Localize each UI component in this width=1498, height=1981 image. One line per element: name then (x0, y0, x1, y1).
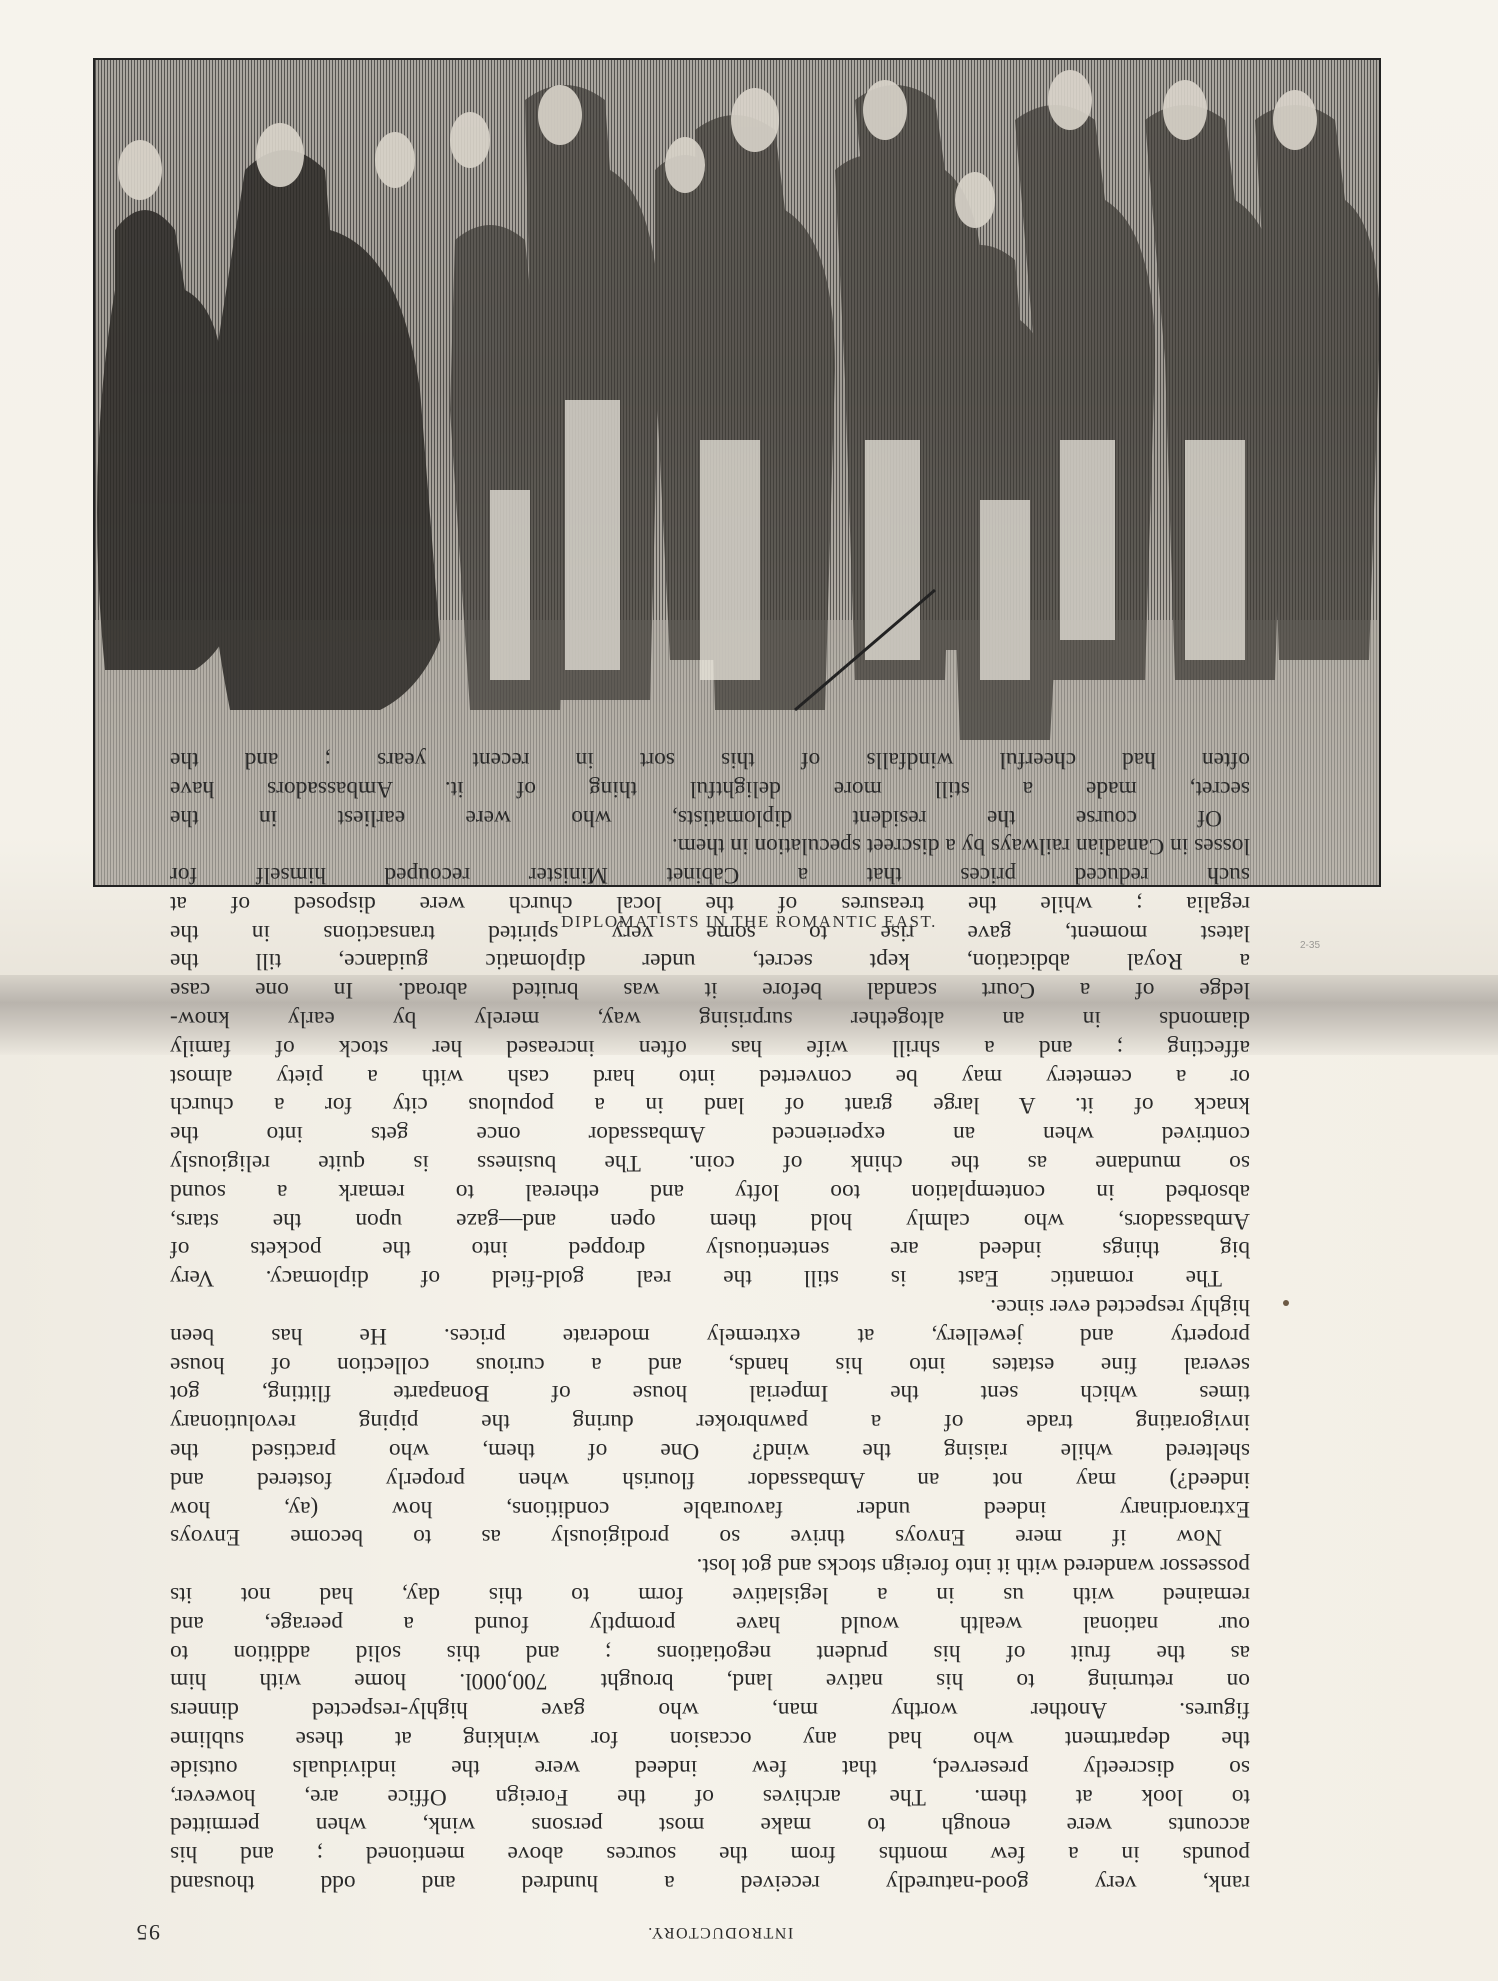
body-text: rank, very good-naturedly received a hun… (170, 745, 1250, 1897)
text-line: the department who had any occasion for … (170, 1724, 1250, 1753)
text-line: a Royal abdication, kept secret, under d… (170, 947, 1250, 976)
text-line: figures. Another worthy man, who gave hi… (170, 1695, 1250, 1724)
text-line: big things indeed are sententiously drop… (170, 1235, 1250, 1264)
running-header: INTRODUCTORY. 95 (95, 1905, 1345, 1945)
text-line: ledge of a Court scandal before it was b… (170, 976, 1250, 1005)
upside-down-text-page: INTRODUCTORY. 95 rank, very good-natured… (95, 1085, 1345, 1945)
text-line: The romantic East is still the real gold… (170, 1263, 1250, 1292)
text-line: remained with us in a legislative form t… (170, 1580, 1250, 1609)
text-line: rank, very good-naturedly received a hun… (170, 1868, 1250, 1897)
text-line: Of course the resident diplomatists, who… (170, 803, 1250, 832)
text-line: latest moment, gave rise to some very sp… (170, 918, 1250, 947)
text-line: contrived when an experienced Ambassador… (170, 1119, 1250, 1148)
text-line: Now if mere Envoys thrive so prodigiousl… (170, 1523, 1250, 1552)
text-line: on returning to his native land, brought… (170, 1667, 1250, 1696)
text-line: losses in Canadian railways by a discree… (170, 832, 1250, 861)
text-line: so mundane as the chink of coin. The bus… (170, 1148, 1250, 1177)
text-line: Extraordinary indeed under favourable co… (170, 1494, 1250, 1523)
text-line: accounts were enough to make most person… (170, 1811, 1250, 1840)
text-line: so discreetly preserved, that few indeed… (170, 1753, 1250, 1782)
text-line: knack of it. A large grant of land in a … (170, 1091, 1250, 1120)
text-line: several fine estates into his hands, and… (170, 1350, 1250, 1379)
page-number: 95 (135, 1919, 160, 1945)
text-line: as the fruit of his prudent negotiations… (170, 1638, 1250, 1667)
text-line: regalia ; while the treasures of the loc… (170, 889, 1250, 918)
text-line: highly respected ever since. (170, 1292, 1250, 1321)
text-line: property and jewellery, at extremely mod… (170, 1321, 1250, 1350)
text-line: absorbed in contemplation too lofty and … (170, 1177, 1250, 1206)
text-line: often had cheerful windfalls of this sor… (170, 745, 1250, 774)
text-line: possessor wandered with it into foreign … (170, 1551, 1250, 1580)
text-line: Ambassadors, who calmly hold them open a… (170, 1206, 1250, 1235)
text-line: sheltered while raising the wind? One of… (170, 1436, 1250, 1465)
text-line: such reduced prices that a Cabinet Minis… (170, 860, 1250, 889)
text-line: our national wealth would have promptly … (170, 1609, 1250, 1638)
text-line: pounds in a few months from the sources … (170, 1839, 1250, 1868)
running-head-title: INTRODUCTORY. (95, 1923, 1345, 1941)
text-line: times which sent the Imperial house of B… (170, 1379, 1250, 1408)
text-line: indeed?) may not an Ambassador flourish … (170, 1465, 1250, 1494)
text-line: to look at them. The archives of the For… (170, 1782, 1250, 1811)
text-line: secret, made a still more delightful thi… (170, 774, 1250, 803)
text-line: invigorating trade of a pawnbroker durin… (170, 1407, 1250, 1436)
text-line: diamonds in an altogether surprising way… (170, 1004, 1250, 1033)
pencil-annotation: 2-35 (1300, 940, 1320, 951)
text-line: or a cemetery may be converted into hard… (170, 1062, 1250, 1091)
text-line: affecting ; and a shrill wife has often … (170, 1033, 1250, 1062)
